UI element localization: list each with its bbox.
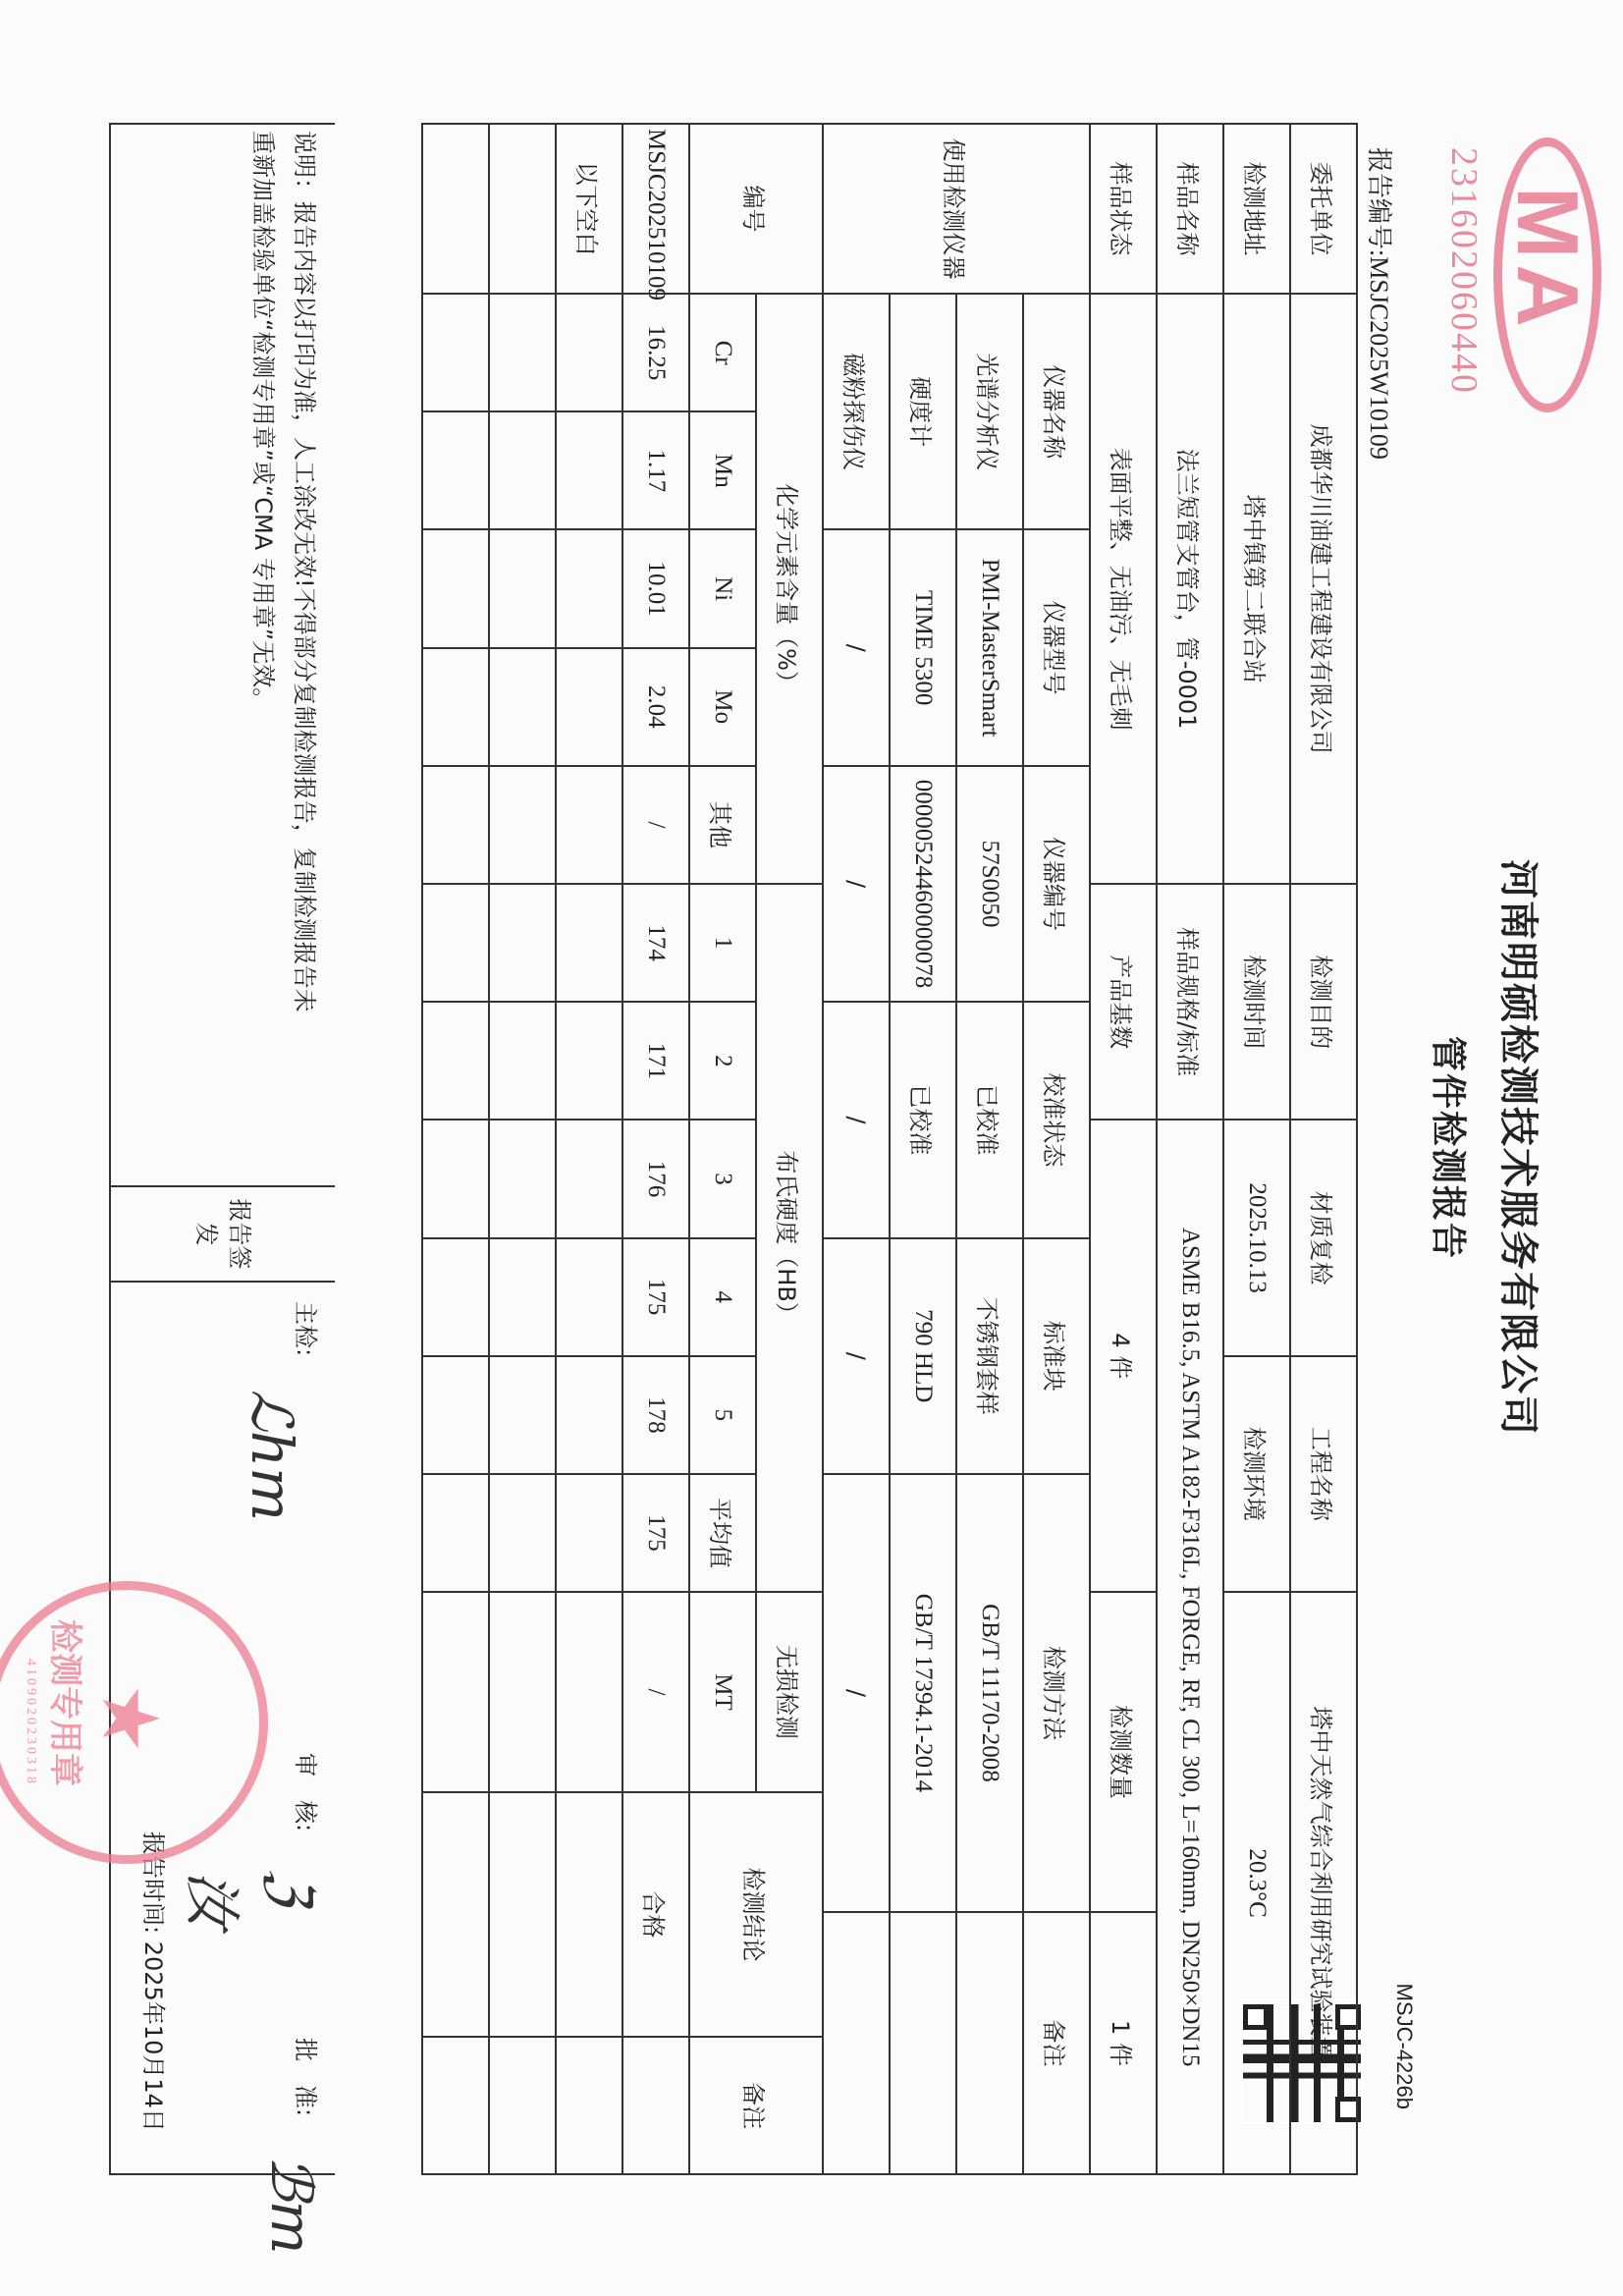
disclaimer-line-1: 说明：报告内容以打印为准，人工涂改无效!不得部分复制检测报告，复制检测报告未 <box>284 131 325 1191</box>
chem-col-cr: Cr <box>689 294 756 411</box>
hb-1: 174 <box>622 884 689 1002</box>
chem-header: 化学元素含量（%） <box>756 294 823 884</box>
chem-col-mo: Mo <box>689 648 756 766</box>
chief-signature-icon: ℒhm <box>239 1390 305 1521</box>
instrument-name-header: 仪器名称 <box>1023 294 1090 529</box>
conclusion-header: 检测结论 <box>689 1792 823 2038</box>
base-label: 产品基数 <box>1090 884 1157 1120</box>
instruments-section-label: 使用检测仪器 <box>823 124 1090 294</box>
project-label: 工程名称 <box>1290 1356 1357 1592</box>
time-label: 检测时间 <box>1223 884 1290 1120</box>
form-number: MSJC-4226b <box>1391 1984 1417 2109</box>
standard-block: 不锈钢套样 <box>956 1238 1023 1474</box>
instrument-serial-header: 仪器编号 <box>1023 766 1090 1002</box>
report-footer: 说明：报告内容以打印为准，人工涂改无效!不得部分复制检测报告，复制检测报告未 重… <box>109 123 335 2175</box>
purpose-label: 检测目的 <box>1290 884 1357 1120</box>
info-row-client: 委托单位 成都华川油建工程建设有限公司 检测目的 材质复检 工程名称 塔中天然气… <box>1290 124 1357 2174</box>
sample-id: MSJC202510109 <box>622 124 689 294</box>
hb-col-5: 5 <box>689 1356 756 1474</box>
hb-col-avg: 平均值 <box>689 1474 756 1592</box>
env-label: 检测环境 <box>1223 1356 1290 1592</box>
instrument-row: 硬度计 TIME 5300 00000524460000078 已校准 790 … <box>890 124 956 2174</box>
report-number: 报告编号:MSJC2025W10109 <box>1363 147 1399 460</box>
disclaimer-line-2: 重新加盖检验单位“检测专用章”或“CMA 专用章”无效。 <box>243 131 284 1191</box>
report-number-value: MSJC2025W10109 <box>1365 256 1393 460</box>
hb-col-3: 3 <box>689 1120 756 1237</box>
instrument-serial: 00000524460000078 <box>890 766 956 1002</box>
standard-block: 790 HLD <box>890 1238 956 1474</box>
blank-row <box>422 124 489 2174</box>
seal-number: 4109020230318 <box>23 1659 38 1786</box>
company-title: 河南明硕检测技术服务有限公司 <box>1493 0 1549 2296</box>
chem-cr: 16.25 <box>622 294 689 411</box>
report-signoff-label: 报告签发 <box>111 1185 335 1283</box>
spec-value: ASME B16.5, ASTM A182-F316L, FORGE, RF, … <box>1157 1120 1223 2174</box>
approver: 批 准: ℬm <box>291 2038 325 2116</box>
instrument-name: 光谱分析仪 <box>956 294 1023 529</box>
hb-avg: 175 <box>622 1474 689 1592</box>
report-time: 报告时间: 2025年10月14日 <box>138 1831 173 2132</box>
instrument-serial: 57S0050 <box>956 766 1023 1002</box>
chem-mn: 1.17 <box>622 411 689 529</box>
blank-row <box>489 124 556 2174</box>
chem-col-ni: Ni <box>689 529 756 647</box>
info-row-sample: 样品名称 法兰短管支管台，管-0001 样品规格/标准 ASME B16.5, … <box>1157 124 1223 2174</box>
end-note-row: 以下空白 <box>556 124 622 2174</box>
sample-id-header: 编号 <box>689 124 823 294</box>
info-row-address: 检测地址 塔中镇第二联合站 检测时间 2025.10.13 检测环境 20.3°… <box>1223 124 1290 2174</box>
standard-block: / <box>823 1238 890 1474</box>
instrument-remark <box>890 1912 956 2174</box>
hb-2: 171 <box>622 1002 689 1120</box>
chief-inspector: 主检: ℒhm <box>291 1301 325 1356</box>
method-header: 检测方法 <box>1023 1474 1090 1912</box>
reviewer: 审 核: ℨ汝 <box>291 1753 325 1831</box>
hb-col-2: 2 <box>689 1002 756 1120</box>
ndt-header: 无损检测 <box>756 1592 823 1792</box>
hb-5: 178 <box>622 1356 689 1474</box>
purpose-value: 材质复检 <box>1290 1120 1357 1355</box>
report-time-value: 2025年10月14日 <box>139 1941 167 2132</box>
ndt-result: / <box>622 1592 689 1792</box>
results-group-header-row: 编号 化学元素含量（%） 布氏硬度（HB） 无损检测 检测结论 备注 <box>756 124 823 2174</box>
end-note: 以下空白 <box>556 124 622 294</box>
calibration-status: 已校准 <box>890 1002 956 1237</box>
instrument-name: 硬度计 <box>890 294 956 529</box>
star-icon: ★ <box>83 1683 176 1754</box>
standard-block-header: 标准块 <box>1023 1238 1090 1474</box>
ndt-method: MT <box>689 1592 756 1792</box>
sample-label: 样品名称 <box>1157 124 1223 294</box>
chief-inspector-label: 主检: <box>292 1301 319 1356</box>
spec-label: 样品规格/标准 <box>1157 884 1223 1120</box>
calibration-header: 校准状态 <box>1023 1002 1090 1237</box>
chem-other: / <box>622 766 689 884</box>
hb-3: 176 <box>622 1120 689 1237</box>
instrument-model-header: 仪器型号 <box>1023 529 1090 765</box>
calibration-status: 已校准 <box>956 1002 1023 1237</box>
sample-value: 法兰短管支管台，管-0001 <box>1157 294 1223 884</box>
instrument-row: 光谱分析仪 PMI-MasterSmart 57S0050 已校准 不锈钢套样 … <box>956 124 1023 2174</box>
chem-col-mn: Mn <box>689 411 756 529</box>
instrument-model: PMI-MasterSmart <box>956 529 1023 765</box>
report-sheet: MA 231602060440 河南明硕检测技术服务有限公司 管件检测报告 MS… <box>0 0 1623 2296</box>
qty-value: 1 件 <box>1090 1912 1157 2174</box>
project-value: 塔中天然气综合利用研究试验装置 <box>1290 1592 1357 2174</box>
chem-col-other: 其他 <box>689 766 756 884</box>
approver-signature-icon: ℬm <box>258 2156 325 2255</box>
instrument-row: 磁粉探伤仪 / / / / / <box>823 124 890 2174</box>
instrument-remark <box>956 1912 1023 2174</box>
hardness-header: 布氏硬度（HB） <box>756 884 823 1592</box>
time-value: 2025.10.13 <box>1223 1120 1290 1355</box>
hb-col-1: 1 <box>689 884 756 1002</box>
state-value: 表面平整、无油污、无毛刺 <box>1090 294 1157 884</box>
client-value: 成都华川油建工程建设有限公司 <box>1290 294 1357 884</box>
instrument-remark-header: 备注 <box>1023 1912 1090 2174</box>
chem-ni: 10.01 <box>622 529 689 647</box>
report-title: 管件检测报告 <box>1426 0 1476 2296</box>
base-value: 4 件 <box>1090 1120 1157 1592</box>
address-value: 塔中镇第二联合站 <box>1223 294 1290 884</box>
result-row: MSJC202510109 16.25 1.17 10.01 2.04 / 17… <box>622 124 689 2174</box>
instrument-model: / <box>823 529 890 765</box>
disclaimer-note: 说明：报告内容以打印为准，人工涂改无效!不得部分复制检测报告，复制检测报告未 重… <box>243 125 325 1191</box>
approver-label: 批 准: <box>292 2038 319 2116</box>
report-number-label: 报告编号: <box>1365 147 1393 256</box>
instrument-name: 磁粉探伤仪 <box>823 294 890 529</box>
hb-4: 175 <box>622 1238 689 1356</box>
reviewer-signature-icon: ℨ汝 <box>176 1871 325 1928</box>
seal-text: 检测专用章 <box>44 1619 92 1786</box>
method: / <box>823 1474 890 1912</box>
calibration-status: / <box>823 1002 890 1237</box>
hb-col-4: 4 <box>689 1238 756 1356</box>
qty-label: 检测数量 <box>1090 1592 1157 1912</box>
instrument-header-row: 使用检测仪器 仪器名称 仪器型号 仪器编号 校准状态 标准块 检测方法 备注 <box>1023 124 1090 2174</box>
client-label: 委托单位 <box>1290 124 1357 294</box>
report-table: 委托单位 成都华川油建工程建设有限公司 检测目的 材质复检 工程名称 塔中天然气… <box>421 123 1358 2175</box>
method: GB/T 17394.1-2014 <box>890 1474 956 1912</box>
instrument-model: TIME 5300 <box>890 529 956 765</box>
instrument-serial: / <box>823 766 890 1002</box>
instrument-remark <box>823 1912 890 2174</box>
info-row-state: 样品状态 表面平整、无油污、无毛刺 产品基数 4 件 检测数量 1 件 <box>1090 124 1157 2174</box>
result-remark <box>622 2037 689 2174</box>
env-value: 20.3°C <box>1223 1592 1290 2174</box>
method: GB/T 11170-2008 <box>956 1474 1023 1912</box>
state-label: 样品状态 <box>1090 124 1157 294</box>
conclusion: 合格 <box>622 1792 689 2038</box>
reviewer-label: 审 核: <box>292 1753 319 1831</box>
chem-mo: 2.04 <box>622 648 689 766</box>
address-label: 检测地址 <box>1223 124 1290 294</box>
result-remark-header: 备注 <box>689 2037 823 2174</box>
